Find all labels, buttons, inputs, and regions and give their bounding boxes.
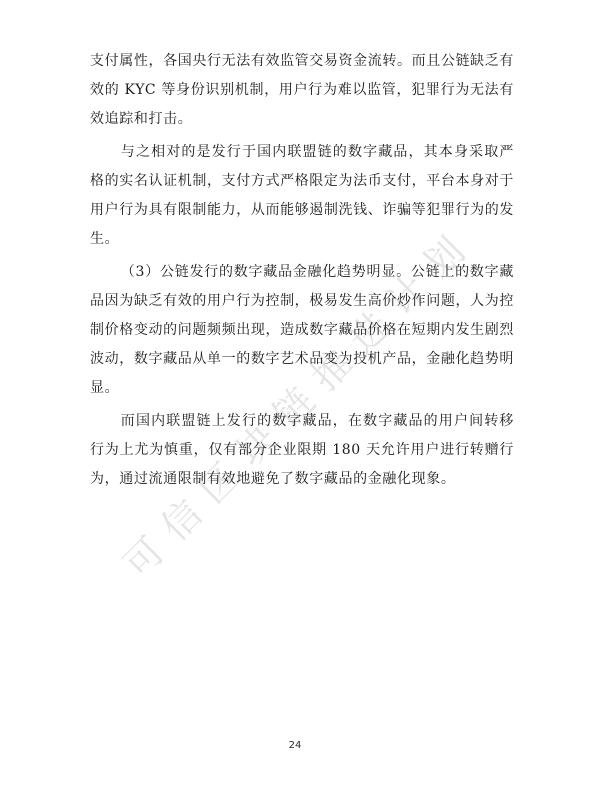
paragraph: 而国内联盟链上发行的数字藏品，在数字藏品的用户间转移行为上尤为慎重，仅有部分企业… <box>90 407 514 494</box>
page-body-text: 支付属性，各国央行无法有效监管交易资金流转。而且公链缺乏有效的 KYC 等身份识… <box>90 47 514 498</box>
paragraph: 与之相对的是发行于国内联盟链的数字藏品，其本身采取严格的实名认证机制，支付方式严… <box>90 138 514 254</box>
paragraph: （3）公链发行的数字藏品金融化趋势明显。公链上的数字藏品因为缺乏有效的用户行为控… <box>90 258 514 403</box>
document-page: 可信区块链推进计划 支付属性，各国央行无法有效监管交易资金流转。而且公链缺乏有效… <box>0 0 600 788</box>
page-number: 24 <box>0 740 590 751</box>
paragraph-continuation: 支付属性，各国央行无法有效监管交易资金流转。而且公链缺乏有效的 KYC 等身份识… <box>90 47 514 134</box>
